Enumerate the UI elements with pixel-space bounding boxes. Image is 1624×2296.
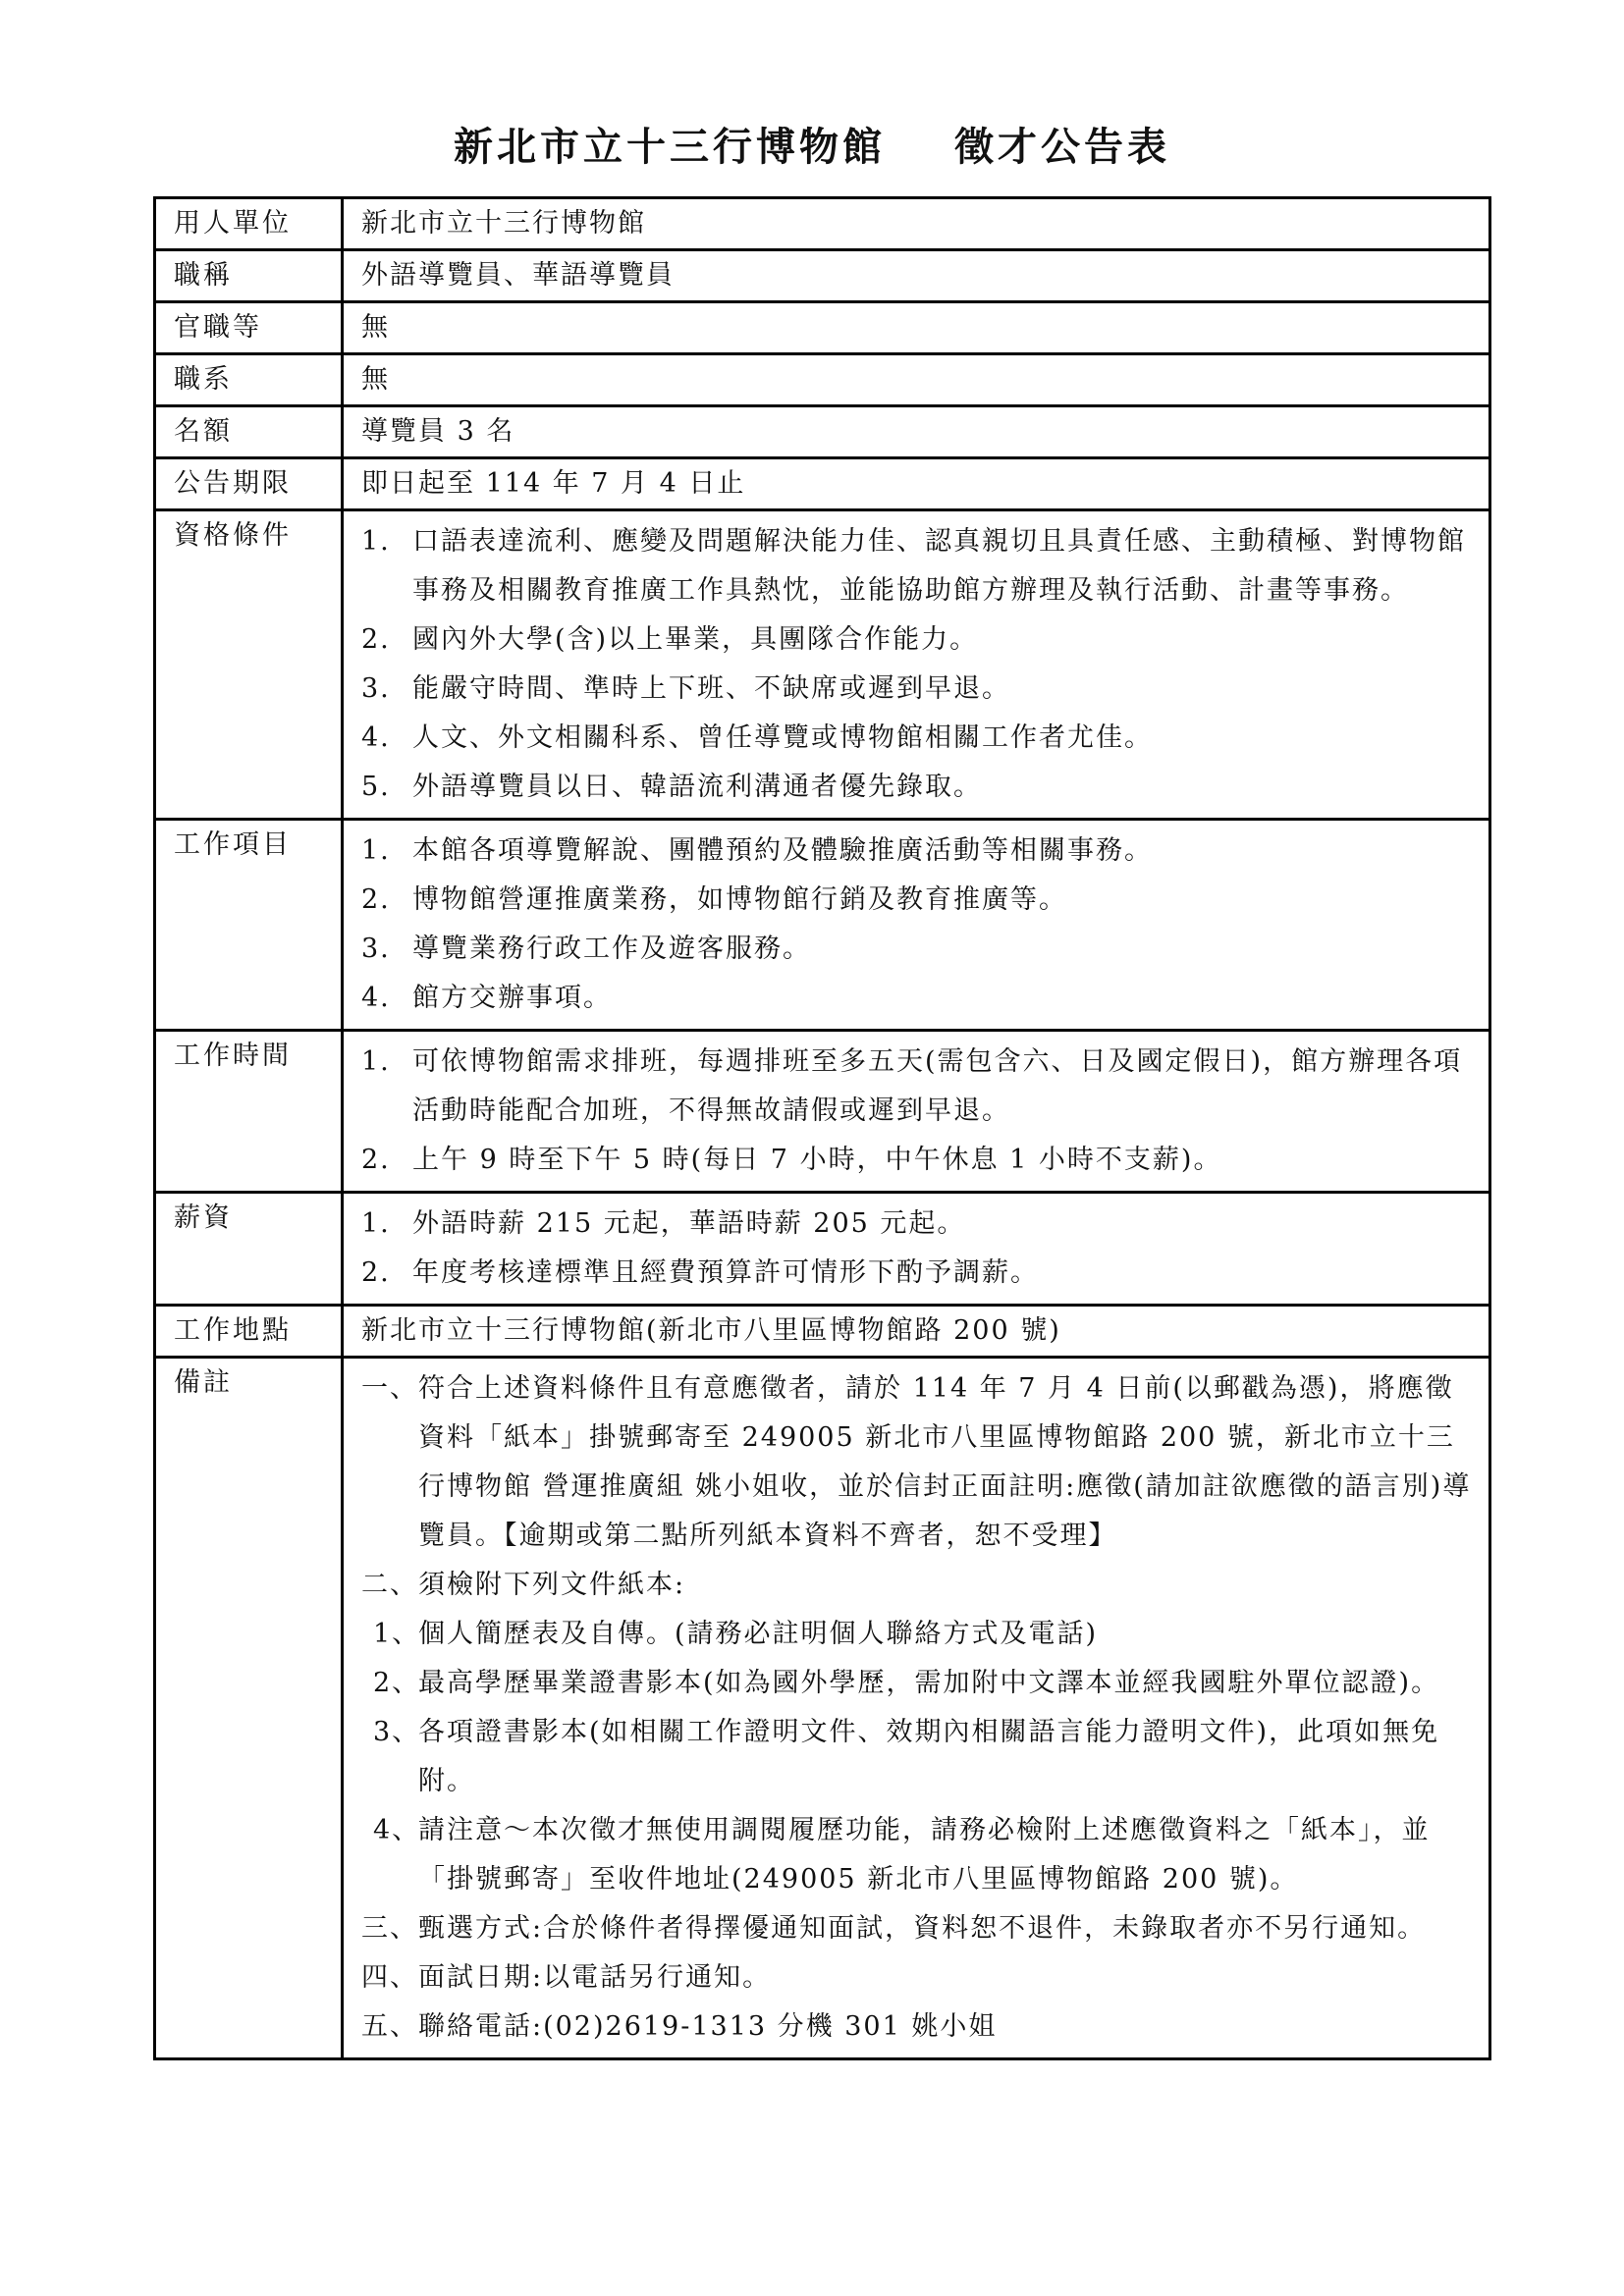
value-rank: 無 — [343, 302, 1490, 354]
remark-section-2: 二、須檢附下列文件紙本: — [361, 1561, 1477, 1610]
list-item: 1.口語表達流利、應變及問題解決能力佳、認真親切且具責任感、主動積極、對博物館事… — [361, 517, 1477, 615]
title-museum-name: 新北市立十三行博物館 — [454, 124, 886, 170]
value-position: 外語導覽員、華語導覽員 — [343, 250, 1490, 302]
value-remarks: 一、符合上述資料條件且有意應徵者，請於 114 年 7 月 4 日前(以郵戳為憑… — [343, 1358, 1490, 2059]
label-qualifications: 資格條件 — [155, 510, 343, 820]
list-item: 2.博物館營運推廣業務，如博物館行銷及教育推廣等。 — [361, 876, 1477, 925]
value-salary: 1.外語時薪 215 元起，華語時薪 205 元起。 2.年度考核達標準且經費預… — [343, 1193, 1490, 1306]
remark-section-4: 四、面試日期:以電話另行通知。 — [361, 1953, 1477, 2002]
label-period: 公告期限 — [155, 458, 343, 510]
label-duties: 工作項目 — [155, 820, 343, 1031]
recruitment-table: 用人單位 新北市立十三行博物館 職稱 外語導覽員、華語導覽員 官職等 無 職系 … — [153, 196, 1491, 2060]
list-item: 1.可依博物館需求排班，每週排班至多五天(需包含六、日及國定假日)，館方辦理各項… — [361, 1038, 1477, 1136]
list-item: 1.本館各項導覽解說、團體預約及體驗推廣活動等相關事務。 — [361, 827, 1477, 876]
list-item: 2.年度考核達標準且經費預算許可情形下酌予調薪。 — [361, 1249, 1477, 1298]
row-position: 職稱 外語導覽員、華語導覽員 — [155, 250, 1490, 302]
label-hours: 工作時間 — [155, 1031, 343, 1193]
row-quota: 名額 導覽員 3 名 — [155, 406, 1490, 458]
row-location: 工作地點 新北市立十三行博物館(新北市八里區博物館路 200 號) — [155, 1306, 1490, 1358]
label-rank: 官職等 — [155, 302, 343, 354]
value-location: 新北市立十三行博物館(新北市八里區博物館路 200 號) — [343, 1306, 1490, 1358]
remark-section-1: 一、符合上述資料條件且有意應徵者，請於 114 年 7 月 4 日前(以郵戳為憑… — [361, 1364, 1477, 1561]
page-title: 新北市立十三行博物館徵才公告表 — [0, 116, 1624, 172]
remark-sub-item: 1、個人簡歷表及自傳。(請務必註明個人聯絡方式及電話) — [361, 1610, 1477, 1659]
title-notice-type: 徵才公告表 — [954, 124, 1170, 170]
label-quota: 名額 — [155, 406, 343, 458]
label-salary: 薪資 — [155, 1193, 343, 1306]
remark-section-5-contact: 五、聯絡電話:(02)2619-1313 分機 301 姚小姐 — [361, 2002, 1477, 2052]
row-period: 公告期限 即日起至 114 年 7 月 4 日止 — [155, 458, 1490, 510]
label-unit: 用人單位 — [155, 198, 343, 250]
value-hours: 1.可依博物館需求排班，每週排班至多五天(需包含六、日及國定假日)，館方辦理各項… — [343, 1031, 1490, 1193]
value-period: 即日起至 114 年 7 月 4 日止 — [343, 458, 1490, 510]
value-duties: 1.本館各項導覽解說、團體預約及體驗推廣活動等相關事務。 2.博物館營運推廣業務… — [343, 820, 1490, 1031]
list-item: 3.能嚴守時間、準時上下班、不缺席或遲到早退。 — [361, 665, 1477, 714]
remark-sub-item: 3、各項證書影本(如相關工作證明文件、效期內相關語言能力證明文件)，此項如無免附… — [361, 1708, 1477, 1806]
row-rank: 官職等 無 — [155, 302, 1490, 354]
list-item: 4.館方交辦事項。 — [361, 974, 1477, 1023]
list-item: 4.人文、外文相關科系、曾任導覽或博物館相關工作者尤佳。 — [361, 714, 1477, 763]
row-qualifications: 資格條件 1.口語表達流利、應變及問題解決能力佳、認真親切且具責任感、主動積極、… — [155, 510, 1490, 820]
list-item: 2.上午 9 時至下午 5 時(每日 7 小時，中午休息 1 小時不支薪)。 — [361, 1136, 1477, 1185]
value-unit: 新北市立十三行博物館 — [343, 198, 1490, 250]
row-series: 職系 無 — [155, 354, 1490, 406]
list-item: 1.外語時薪 215 元起，華語時薪 205 元起。 — [361, 1200, 1477, 1249]
label-location: 工作地點 — [155, 1306, 343, 1358]
remark-sub-item: 2、最高學歷畢業證書影本(如為國外學歷，需加附中文譯本並經我國駐外單位認證)。 — [361, 1659, 1477, 1708]
list-item: 3.導覽業務行政工作及遊客服務。 — [361, 925, 1477, 974]
row-remarks: 備註 一、符合上述資料條件且有意應徵者，請於 114 年 7 月 4 日前(以郵… — [155, 1358, 1490, 2059]
remark-sub-item: 4、請注意～本次徵才無使用調閱履歷功能，請務必檢附上述應徵資料之「紙本」，並「掛… — [361, 1806, 1477, 1904]
row-hours: 工作時間 1.可依博物館需求排班，每週排班至多五天(需包含六、日及國定假日)，館… — [155, 1031, 1490, 1193]
list-item: 2.國內外大學(含)以上畢業，具團隊合作能力。 — [361, 615, 1477, 665]
value-qualifications: 1.口語表達流利、應變及問題解決能力佳、認真親切且具責任感、主動積極、對博物館事… — [343, 510, 1490, 820]
row-unit: 用人單位 新北市立十三行博物館 — [155, 198, 1490, 250]
row-salary: 薪資 1.外語時薪 215 元起，華語時薪 205 元起。 2.年度考核達標準且… — [155, 1193, 1490, 1306]
row-duties: 工作項目 1.本館各項導覽解說、團體預約及體驗推廣活動等相關事務。 2.博物館營… — [155, 820, 1490, 1031]
remark-section-3: 三、甄選方式:合於條件者得擇優通知面試，資料恕不退件，未錄取者亦不另行通知。 — [361, 1904, 1477, 1953]
value-quota: 導覽員 3 名 — [343, 406, 1490, 458]
label-series: 職系 — [155, 354, 343, 406]
label-position: 職稱 — [155, 250, 343, 302]
label-remarks: 備註 — [155, 1358, 343, 2059]
value-series: 無 — [343, 354, 1490, 406]
list-item: 5.外語導覽員以日、韓語流利溝通者優先錄取。 — [361, 763, 1477, 812]
